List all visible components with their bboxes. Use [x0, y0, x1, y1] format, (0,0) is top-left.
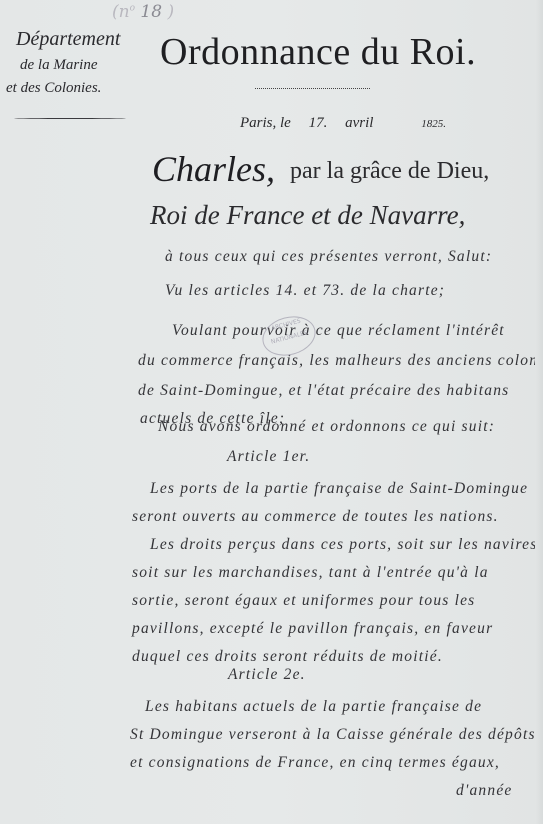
preamble-line-1: Voulant pourvoir à ce que réclament l'in…: [172, 322, 505, 340]
archive-number-prefix: (n: [112, 2, 130, 22]
king-name: Charles,: [152, 148, 275, 190]
article-1-para-1-line-2: seront ouverts au commerce de toutes les…: [132, 508, 499, 526]
article-1-para-2-line-1: Les droits perçus dans ces ports, soit s…: [150, 536, 543, 554]
date-year: 1825.: [421, 118, 446, 130]
department-line-1: Département: [16, 28, 120, 51]
department-line-2: de la Marine: [20, 57, 120, 74]
article-2-heading: Article 2e.: [228, 666, 306, 684]
king-grace: par la grâce de Dieu,: [290, 158, 489, 185]
title-divider: [255, 88, 370, 89]
legal-reference: Vu les articles 14. et 73. de la charte;: [165, 282, 445, 300]
catchword: d'année: [456, 782, 512, 800]
article-2-para-1-line-3: et consignations de France, en cinq term…: [130, 754, 500, 772]
archive-number-suffix: ): [167, 2, 174, 22]
article-1-para-2-line-5: duquel ces droits seront réduits de moit…: [132, 648, 443, 666]
preamble-line-3: de Saint-Domingue, et l'état précaire de…: [138, 382, 509, 400]
archive-number: (no 18 ): [112, 2, 174, 22]
article-1-para-2-line-2: soit sur les marchandises, tant à l'entr…: [132, 564, 489, 582]
document-title: Ordonnance du Roi.: [160, 30, 476, 74]
article-1-heading: Article 1er.: [227, 448, 310, 466]
archive-number-sup: o: [130, 3, 135, 13]
department-block: Département de la Marine et des Colonies…: [6, 28, 120, 97]
date-day: 17.: [309, 115, 328, 131]
document-page: (no 18 ) Département de la Marine et des…: [0, 0, 543, 824]
department-line-3: et des Colonies.: [6, 80, 120, 97]
kingdom-title: Roi de France et de Navarre,: [150, 200, 465, 231]
date-month: avril: [345, 115, 373, 131]
page-edge: [535, 0, 543, 824]
article-1-para-2-line-3: sortie, seront égaux et uniformes pour t…: [132, 592, 475, 610]
preamble-line-2: du commerce français, les malheurs des a…: [138, 352, 543, 370]
article-2-para-1-line-2: St Domingue verseront à la Caisse généra…: [130, 726, 536, 744]
article-1-para-1-line-1: Les ports de la partie française de Sain…: [150, 480, 528, 498]
department-underline: [14, 118, 126, 119]
dateline: Paris, le 17. avril 1825.: [240, 115, 460, 132]
date-place: Paris, le: [240, 115, 291, 131]
archive-number-value: 18: [140, 2, 162, 22]
article-1-para-2-line-4: pavillons, excepté le pavillon français,…: [132, 620, 493, 638]
salutation: à tous ceux qui ces présentes verront, S…: [165, 248, 492, 266]
article-2-para-1-line-1: Les habitans actuels de la partie frança…: [145, 698, 482, 716]
enactment-clause: Nous avons ordonné et ordonnons ce qui s…: [158, 418, 495, 436]
